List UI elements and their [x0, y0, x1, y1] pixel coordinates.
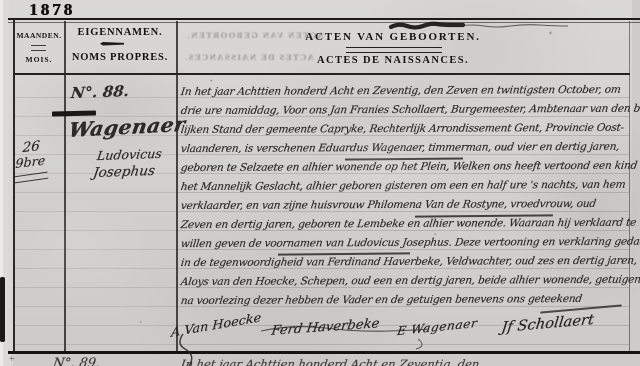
act-number: N°. 88.	[70, 82, 130, 102]
act-text-line: Zeven en dertig jaren, geboren te Lembek…	[180, 217, 631, 231]
bleed-through-text: ACTEN VAN GEBOORTEN.	[186, 30, 324, 40]
ink-scribble	[388, 20, 573, 32]
binding-shadow-bar	[0, 277, 5, 342]
act-text-line: geboren te Selzaete en alhier wonende op…	[180, 160, 631, 174]
register-page-scan: 1878 MAANDEN. MOIS. EIGENNAMEN. NOMS PRO…	[0, 0, 640, 366]
column-header-mois: MOIS.	[14, 55, 64, 64]
column-header-eigennamen: EIGENNAMEN.	[65, 27, 175, 38]
act-text-line: verklaarder, en van zijne huisvrouw Phil…	[180, 198, 631, 212]
act-text-line: In het jaar Achttien honderd Acht en Zev…	[180, 84, 631, 98]
next-entry-text-fragment: In het jaar Achttien honderd Acht en Zev…	[180, 357, 632, 366]
entry-given-name-1: Ludovicus	[96, 146, 163, 163]
act-text-line: na voorlezing dezer hebben de Vader en d…	[180, 293, 631, 307]
header-double-underline	[346, 47, 442, 53]
act-text-line: Aloys van den Hoecke, Schepen, oud een e…	[180, 274, 631, 288]
guide-lines-months-column	[15, 79, 64, 351]
year-label: 1878	[29, 0, 75, 20]
header-bottom-rule	[13, 73, 630, 75]
next-entry-number-fragment: N°. 89.	[52, 356, 101, 366]
entry-given-name-2: Josephus	[92, 163, 156, 181]
margin-mark: +	[9, 354, 15, 365]
header-divider-squiggle	[31, 45, 46, 51]
act-text-line: lijken Stand der gemeente Capryke, Recht…	[180, 122, 631, 136]
bleed-through-text: ACTES DE NAISSANCES.	[186, 52, 314, 62]
act-text-line: willen geven de voornamen van Ludovicus …	[180, 236, 631, 250]
act-text-line: in de tegenwoordigheid van Ferdinand Hav…	[180, 255, 631, 269]
column-header-noms-propres: NOMS PROPRES.	[65, 52, 175, 63]
header-divider-mark	[100, 42, 124, 46]
act-text-line: het Mannelijk Geslacht, alhier geboren g…	[180, 179, 631, 193]
act-text-line: drie ure namiddag, Voor ons Jan Franies …	[180, 103, 631, 117]
column-header-maanden: MAANDEN.	[14, 31, 64, 40]
act-text-line: vlaanderen, is verschenen Eduardus Wagen…	[180, 141, 631, 155]
